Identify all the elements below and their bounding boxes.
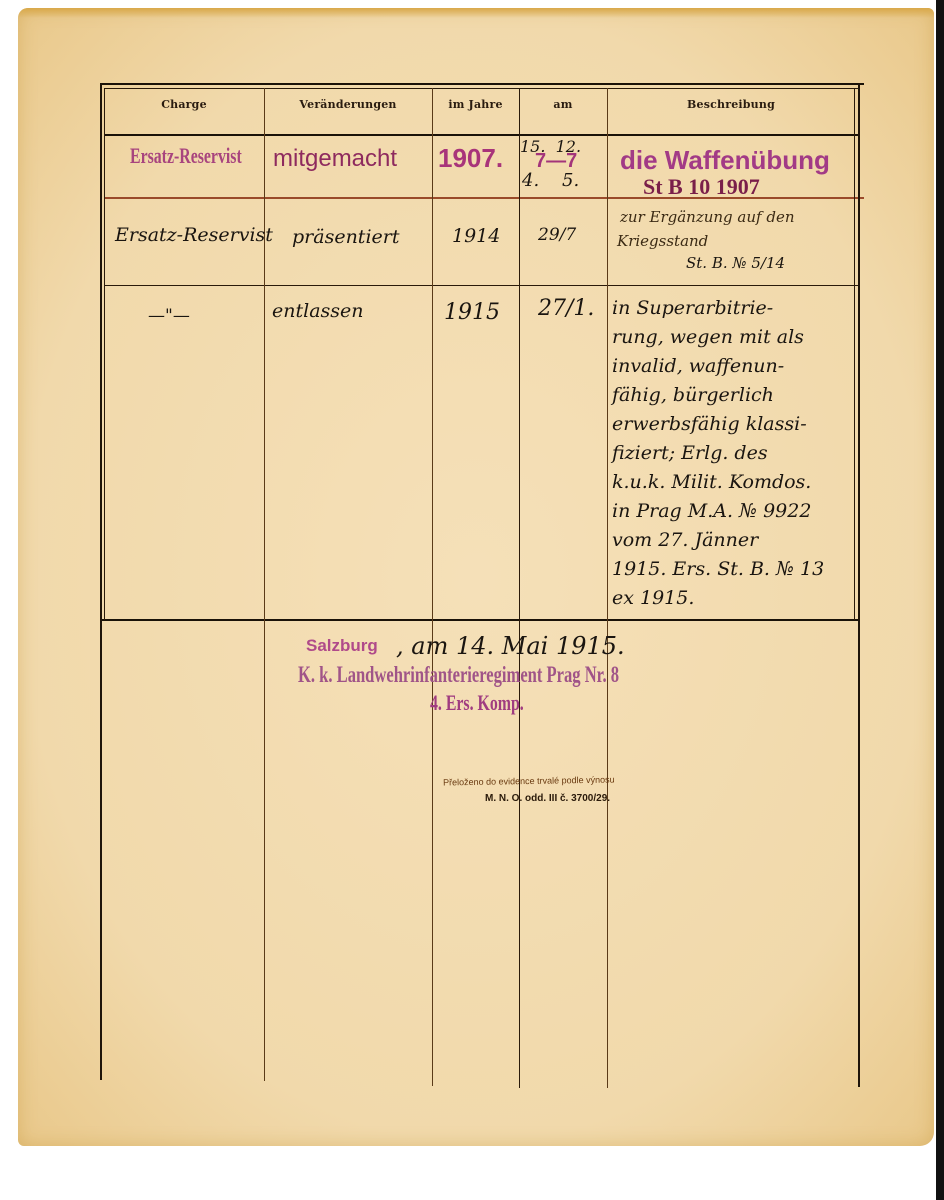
header-changes: Veränderungen [264,98,432,111]
row1-charge-stamp: Ersatz-Reservist [130,143,242,169]
header-charge: Charge [104,98,264,111]
table-top-inner-border [104,88,860,89]
row2-year: 1914 [452,225,500,247]
row3-description-line: ex 1915. [612,584,862,613]
row3-description-line: vom 27. Jänner [612,526,862,555]
unit-stamp-regiment: K. k. Landwehrinfanterieregiment Prag Nr… [298,662,619,688]
header-bottom-rule [104,134,860,136]
signing-date: , am 14. Mai 1915. [396,632,625,660]
row3-date: 27/1. [538,296,594,321]
table-body-bottom-rule [100,619,860,621]
row3-description-line: k.u.k. Milit. Komdos. [612,468,862,497]
left-border-inner [104,88,105,620]
row3-year: 1915 [444,300,500,325]
table-top-border [100,83,864,85]
unit-stamp-company: 4. Ers. Komp. [430,690,524,716]
row-2-divider [104,285,860,286]
row3-description-line: fähig, bürgerlich [612,381,862,410]
row1-date-bottom: 4. 5. [522,170,579,191]
row3-description-line: in Superarbitrie- [612,294,862,323]
row1-description-ref: St B 10 1907 [643,174,760,200]
scan-border [936,0,944,1200]
row2-date: 29/7 [538,225,576,245]
col-divider-2 [432,88,433,1086]
header-year: im Jahre [432,98,519,111]
row2-description-3: St. B. № 5/14 [686,254,785,272]
row2-description-1: zur Ergänzung auf den [620,208,795,226]
row3-charge-ditto: —"— [148,306,190,326]
row2-description-2: Kriegsstand [617,232,708,250]
row3-description-line: rung, wegen mit als [612,323,862,352]
place-stamp: Salzburg [306,636,378,656]
left-border-outer [100,83,102,1080]
header-date: am [519,98,607,111]
row2-charge: Ersatz-Reservist [115,224,273,246]
col-divider-3 [519,88,520,1088]
row2-change: präsentiert [292,226,399,248]
row3-description-line: in Prag M.A. № 9922 [612,497,862,526]
row3-description-line: erwerbsfähig klassi- [612,410,862,439]
row3-description-line: fiziert; Erlg. des [612,439,862,468]
header-description: Beschreibung [607,98,855,111]
row3-description-line: invalid, waffenun- [612,352,862,381]
row3-description-line: 1915. Ers. St. B. № 13 [612,555,862,584]
czech-registry-stamp-line2: M. N. O. odd. III č. 3700/29. [485,793,610,804]
col-divider-4 [607,88,608,1088]
row1-year: 1907. [438,143,503,174]
row1-change-stamp: mitgemacht [273,145,397,173]
row3-change: entlassen [272,300,364,322]
row1-description-stamp: die Waffenübung [620,145,830,176]
row3-description: in Superarbitrie- rung, wegen mit als in… [612,294,862,613]
